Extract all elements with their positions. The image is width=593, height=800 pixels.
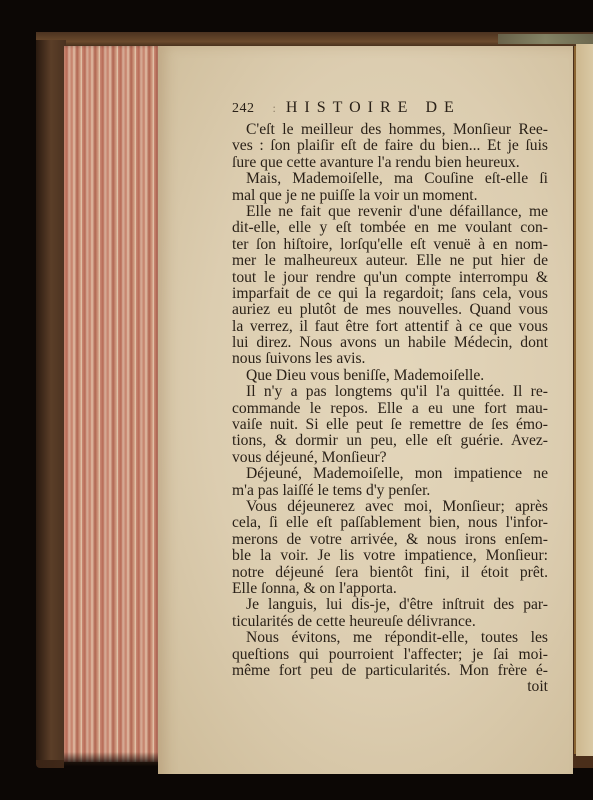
text-line: Elle ſonna, & on l'apporta. [232,581,548,597]
text-line: ter ſon hiſtoire, lorſqu'elle eſt venuë … [232,237,548,253]
text-line: cela, ſi elle eſt paſſablement bien, nou… [232,515,548,531]
text-line: ves : ſon plaiſir eſt de faire du bien..… [232,138,548,154]
header-ornament: : [273,100,276,116]
page-number: 242 [232,101,255,117]
bottom-shadow [158,774,593,800]
binding-left-edge [36,40,66,760]
gutter-fold [574,46,576,754]
text-line: mer le malheureux auteur. Elle ne put hi… [232,253,548,269]
page-stack-edges [64,46,160,762]
text-line: Nous évitons, me répondit-elle, toutes l… [232,630,548,646]
text-line: nous ſuivons les avis. [232,351,548,367]
text-line: la verrez, il faut être fort attentif à … [232,319,548,335]
text-line: lui direz. Nous avons un habile Médecin,… [232,335,548,351]
text-line: vaiſe nuit. Si elle peut ſe remettre de … [232,417,548,433]
text-line: commande le repos. Elle a eu une fort ma… [232,401,548,417]
text-line: vous déjeuné, Monſieur? [232,450,548,466]
running-title: Histoire de [286,100,461,116]
binding-worn-patch [498,34,593,44]
text-line: C'eſt le meilleur des hommes, Monſieur R… [232,122,548,138]
facing-page-sliver [576,44,593,756]
body-text: C'eſt le meilleur des hommes, Monſieur R… [232,122,548,679]
text-line: Il n'y a pas longtems qu'il l'a quittée.… [232,384,548,400]
text-line: ſure que cette avanture l'a rendu bien h… [232,155,548,171]
text-line: ticularités de cette heureuſe délivrance… [232,614,548,630]
text-line: Je languis, lui dis-je, d'être inſtruit … [232,597,548,613]
text-line: queſtions qui pourroient l'affecter; je … [232,647,548,663]
text-line: m'a pas laiſſé le tems d'y penſer. [232,483,548,499]
text-line: notre déjeuné ſera bientôt fini, il étoi… [232,565,548,581]
page-header: 242 : Histoire de [232,100,548,122]
text-line: même fort peu de particularités. Mon frè… [232,663,548,679]
book-photograph: 242 : Histoire de C'eſt le meilleur des … [0,0,593,800]
text-line: Vous déjeunerez avec moi, Monſieur; aprè… [232,499,548,515]
text-line: tout le jour rendre qu'un compte interro… [232,270,548,286]
text-line: mal que je ne puiſſe la voir un moment. [232,188,548,204]
text-line: Déjeuné, Mademoiſelle, mon impatience ne [232,466,548,482]
text-line: ble la voir. Je lis votre impatience, Mo… [232,548,548,564]
text-line: tions, & dormir un peu, elle eſt guérie.… [232,433,548,449]
text-line: auriez eu plutôt de mes nouvelles. Quand… [232,302,548,318]
text-line: merons de votre arrivée, & nous irons en… [232,532,548,548]
page-text-block: 242 : Histoire de C'eſt le meilleur des … [232,100,548,696]
page-stack-shadow [64,752,164,768]
text-line: Que Dieu vous beniſſe, Mademoiſelle. [232,368,548,384]
catchword: toit [232,679,548,695]
text-line: Mais, Mademoiſelle, ma Couſine eſt-elle … [232,171,548,187]
text-line: dit-elle, elle y eſt tombée en me voulan… [232,220,548,236]
text-line: imparfait de ce qui la regardoit; ſans c… [232,286,548,302]
text-line: Elle ne fait que revenir d'une défaillan… [232,204,548,220]
